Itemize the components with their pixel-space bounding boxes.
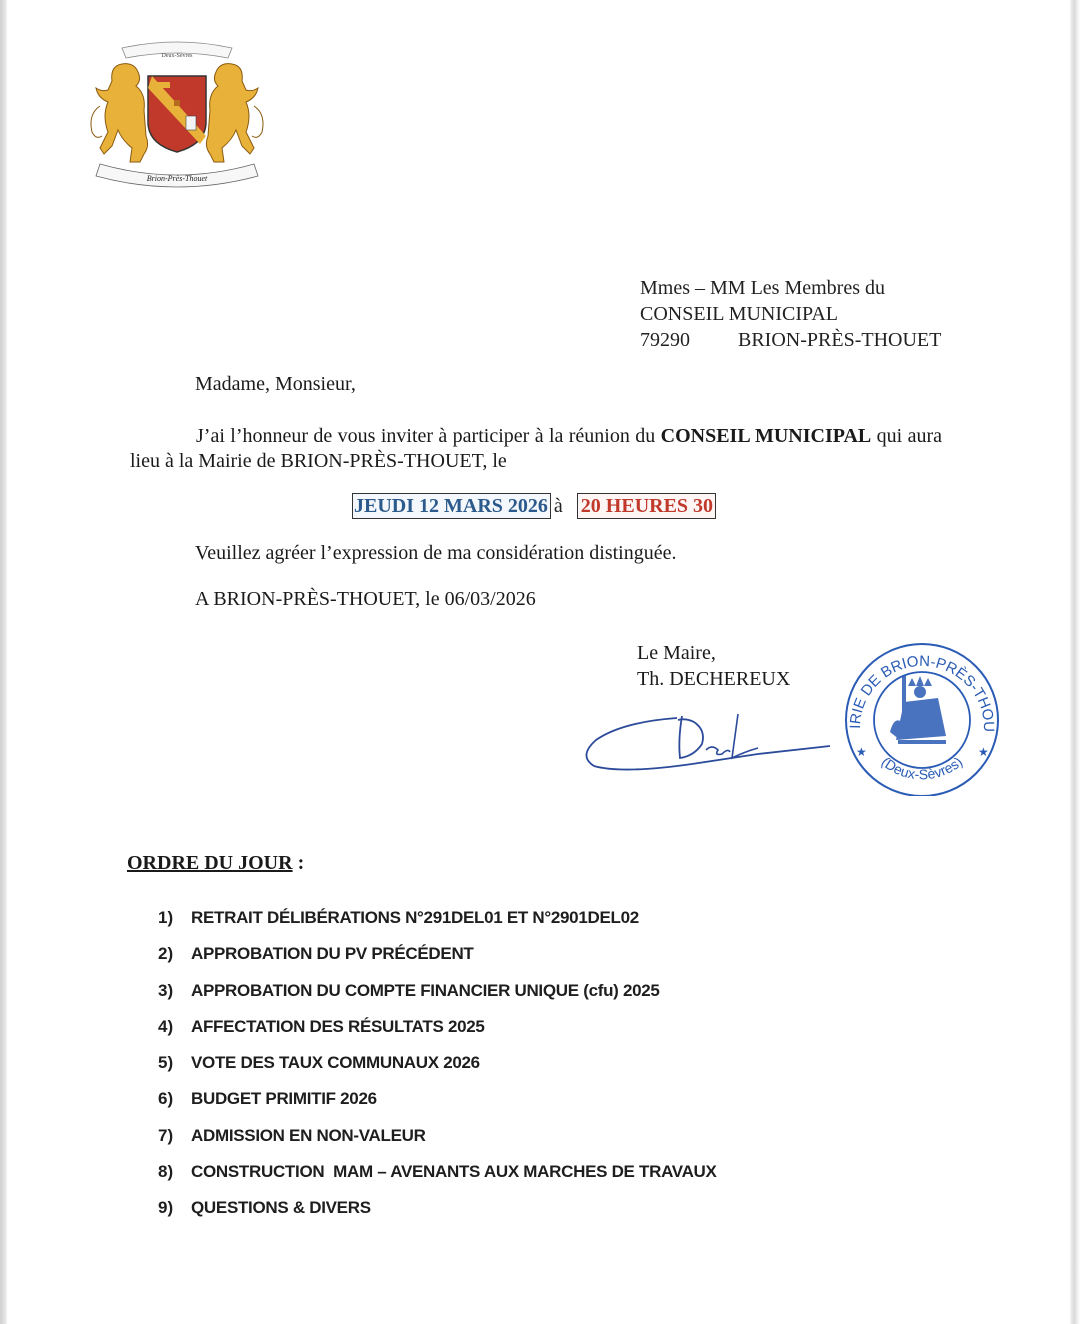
agenda-item: 5)VOTE DES TAUX COMMUNAUX 2026: [158, 1053, 717, 1089]
agenda-item-number: 5): [158, 1053, 191, 1073]
agenda-item-text: APPROBATION DU PV PRÉCÉDENT: [191, 944, 474, 964]
agenda-item-text: BUDGET PRIMITIF 2026: [191, 1089, 377, 1109]
salutation: Madame, Monsieur,: [195, 373, 356, 396]
agenda-item-text: QUESTIONS & DIVERS: [191, 1198, 371, 1218]
marianne-figure-icon: [890, 676, 946, 744]
agenda-title-colon: :: [293, 852, 305, 874]
agenda-item: 9)QUESTIONS & DIVERS: [158, 1198, 717, 1234]
recipient-address: Mmes – MM Les Membres du CONSEIL MUNICIP…: [640, 275, 941, 353]
page-left-edge: [0, 0, 7, 1324]
agenda-item-number: 7): [158, 1126, 191, 1146]
agenda-item: 4)AFFECTATION DES RÉSULTATS 2025: [158, 1017, 717, 1053]
agenda-item-number: 2): [158, 944, 191, 964]
agenda-item-text: AFFECTATION DES RÉSULTATS 2025: [191, 1017, 485, 1037]
stamp-bottom-text: (Deux-Sèvres): [879, 754, 966, 783]
agenda-item-number: 1): [158, 908, 191, 928]
place-and-date: A BRION-PRÈS-THOUET, le 06/03/2026: [195, 588, 536, 611]
logo-top-banner-text: Deux-Sèvres: [162, 53, 194, 59]
recipient-postal-code: 79290: [640, 327, 738, 353]
agenda-item: 1)RETRAIT DÉLIBÉRATIONS N°291DEL01 ET N°…: [158, 908, 717, 944]
agenda-item: 7)ADMISSION EN NON-VALEUR: [158, 1126, 717, 1162]
agenda-list: 1)RETRAIT DÉLIBÉRATIONS N°291DEL01 ET N°…: [158, 908, 717, 1235]
right-lion-icon: [206, 64, 263, 162]
signer-name: Th. DECHEREUX: [637, 666, 790, 692]
body-text-part-1: J’ai l’honneur de vous inviter à partici…: [196, 425, 661, 447]
body-text-bold: CONSEIL MUNICIPAL: [661, 425, 872, 447]
signer-title: Le Maire,: [637, 640, 790, 666]
shield-icon: [148, 76, 206, 152]
recipient-line-1: Mmes – MM Les Membres du: [640, 275, 941, 301]
meeting-date-time: JEUDI 12 MARS 2026à20 HEURES 30: [352, 493, 716, 521]
agenda-item: 3)APPROBATION DU COMPTE FINANCIER UNIQUE…: [158, 981, 717, 1017]
agenda-title: ORDRE DU JOUR :: [127, 852, 304, 875]
left-lion-icon: [91, 64, 148, 162]
meeting-date: JEUDI 12 MARS 2026: [352, 493, 551, 519]
agenda-item-number: 6): [158, 1089, 191, 1109]
recipient-city: BRION-PRÈS-THOUET: [738, 329, 941, 351]
agenda-item-number: 8): [158, 1162, 191, 1182]
agenda-item-text: VOTE DES TAUX COMMUNAUX 2026: [191, 1053, 480, 1073]
agenda-item-text: APPROBATION DU COMPTE FINANCIER UNIQUE (…: [191, 981, 660, 1001]
agenda-item-number: 4): [158, 1017, 191, 1037]
recipient-line-2: CONSEIL MUNICIPAL: [640, 301, 941, 327]
stamp-star-right-icon: ★: [978, 745, 989, 759]
agenda-item-text: ADMISSION EN NON-VALEUR: [191, 1126, 426, 1146]
agenda-item-text: CONSTRUCTION MAM – AVENANTS AUX MARCHES …: [191, 1162, 717, 1182]
invitation-paragraph: J’ai l’honneur de vous inviter à partici…: [130, 424, 942, 474]
mairie-stamp: MAIRIE DE BRION-PRÈS-THOUET (Deux-Sèvres…: [838, 636, 1006, 796]
closing-formula: Veuillez agréer l’expression de ma consi…: [195, 542, 677, 565]
handwritten-signature: [582, 700, 842, 780]
recipient-line-3: 79290BRION-PRÈS-THOUET: [640, 327, 941, 353]
agenda-title-text: ORDRE DU JOUR: [127, 852, 293, 874]
agenda-item-number: 9): [158, 1198, 191, 1218]
agenda-item: 8)CONSTRUCTION MAM – AVENANTS AUX MARCHE…: [158, 1162, 717, 1198]
logo-bottom-banner-text: Brion-Près-Thouet: [147, 174, 208, 183]
meeting-time: 20 HEURES 30: [577, 493, 716, 519]
signer-block: Le Maire, Th. DECHEREUX: [637, 640, 790, 692]
date-time-connector: à: [554, 495, 563, 518]
agenda-item: 2)APPROBATION DU PV PRÉCÉDENT: [158, 944, 717, 980]
coat-of-arms-logo: Deux-Sèvres Brion-Près-Thouet: [82, 36, 272, 196]
page-right-edge: [1070, 0, 1080, 1324]
agenda-item-number: 3): [158, 981, 191, 1001]
stamp-star-left-icon: ★: [856, 745, 867, 759]
agenda-item: 6)BUDGET PRIMITIF 2026: [158, 1089, 717, 1125]
agenda-item-text: RETRAIT DÉLIBÉRATIONS N°291DEL01 ET N°29…: [191, 908, 639, 928]
